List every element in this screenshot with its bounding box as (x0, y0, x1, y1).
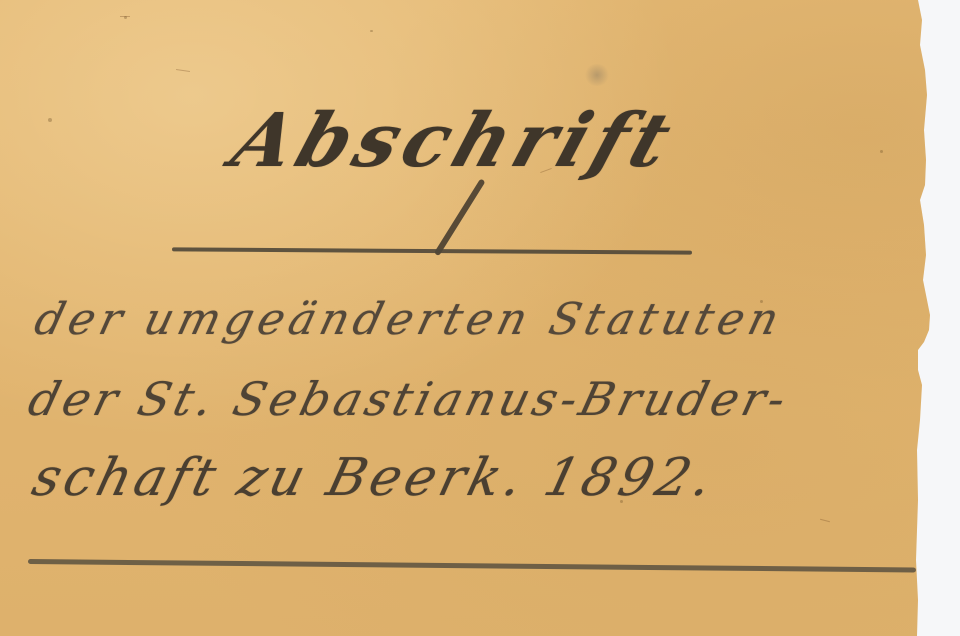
paper-fiber (120, 16, 130, 17)
title-descender-flourish (434, 178, 486, 256)
text-line-3: schaft zu Beerk. 1892. (27, 448, 722, 508)
document-title: Abschrift (222, 98, 687, 184)
text-line-2: der St. Sebastianus-Bruder- (23, 372, 795, 426)
text-line-1: der umgeänderten Statuten (30, 294, 789, 345)
ink-stain (584, 64, 610, 86)
paper-fiber (176, 69, 190, 72)
scan-stage: Abschrift der umgeänderten Statuten der … (0, 0, 960, 636)
paper-speck (370, 30, 373, 32)
paper-speck (48, 118, 52, 122)
closing-rule (28, 559, 916, 573)
paper-speck (880, 150, 883, 153)
paper-fiber (820, 519, 830, 523)
title-underline (172, 247, 692, 254)
aged-paper-sheet: Abschrift der umgeänderten Statuten der … (0, 0, 960, 636)
